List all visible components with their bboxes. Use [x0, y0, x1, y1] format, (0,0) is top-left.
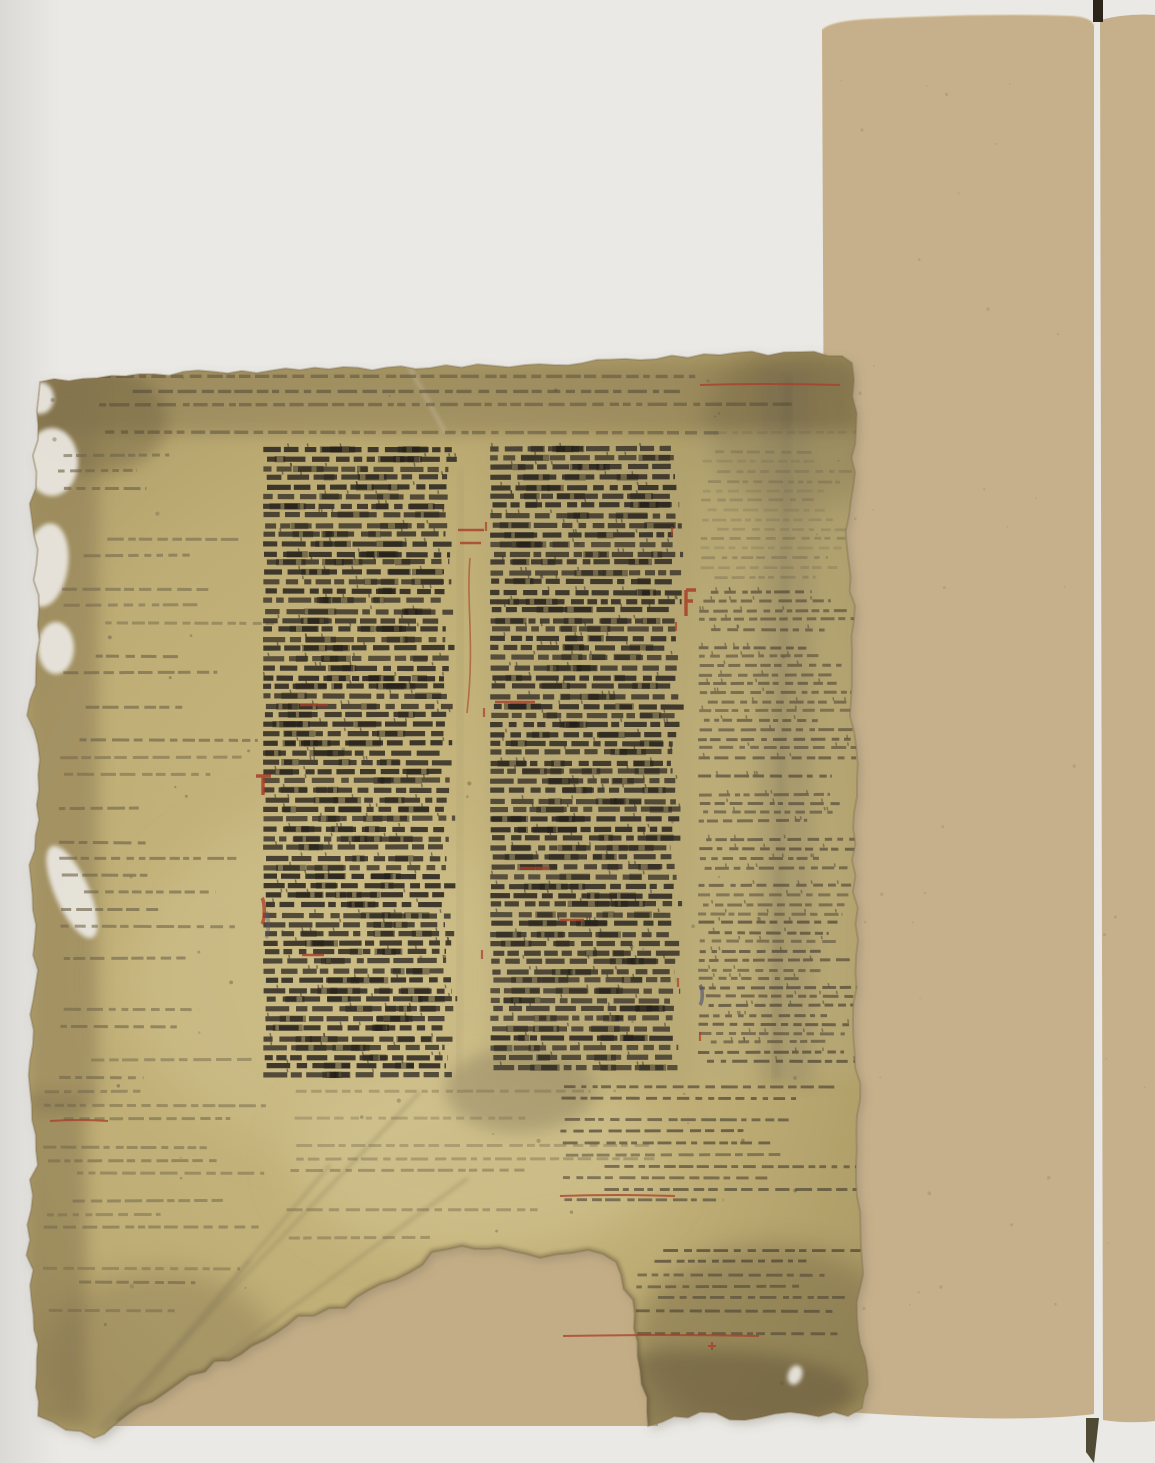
binding-top [1093, 0, 1103, 22]
manuscript-scene [0, 0, 1155, 1463]
album-page-right [1100, 15, 1155, 1423]
manuscript-photograph [0, 0, 1155, 1463]
album-page-mount [822, 15, 1094, 1418]
album-pages [820, 0, 1155, 1463]
